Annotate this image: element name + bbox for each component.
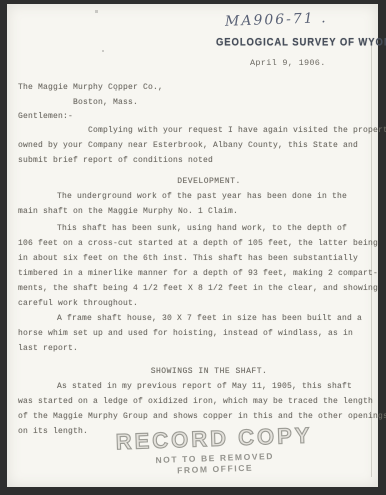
record-copy-subline-2: FROM OFFICE xyxy=(98,460,333,478)
agency-stamp: GEOLOGICAL SURVEY OF WYOMING xyxy=(216,36,386,48)
typed-line: A frame shaft house, 30 X 7 feet in size… xyxy=(18,311,372,326)
scan-frame: MA906-71 . GEOLOGICAL SURVEY OF WYOMING … xyxy=(0,0,386,495)
recipient-line-2: Boston, Mass. xyxy=(18,95,372,110)
section-heading-showings: SHOWINGS IN THE SHAFT. xyxy=(18,364,372,379)
typed-line: ments, the shaft being 4 1/2 feet X 8 1/… xyxy=(18,281,372,296)
typed-line: in about six feet on the 6th inst. This … xyxy=(18,251,372,266)
date-line: April 9, 1906. xyxy=(250,58,326,68)
typed-line: As stated in my previous report of May 1… xyxy=(18,379,372,394)
typed-line: last report. xyxy=(18,341,372,356)
record-copy-subline-1: NOT TO BE REMOVED xyxy=(97,449,332,467)
typed-line: horse whim set up and used for hoisting,… xyxy=(18,326,372,341)
typed-line: of the Maggie Murphy Group and shows cop… xyxy=(18,409,372,424)
typed-line: Complying with your request I have again… xyxy=(18,123,372,138)
letter-body: The Maggie Murphy Copper Co., Boston, Ma… xyxy=(18,80,372,439)
typed-line: timbered in a minerlike manner for a dep… xyxy=(18,266,372,281)
typed-line: owned by your Company near Esterbrook, A… xyxy=(18,138,372,153)
typed-line: was started on a ledge of oxidized iron,… xyxy=(18,394,372,409)
recipient-line-1: The Maggie Murphy Copper Co., xyxy=(18,80,372,95)
document-page: MA906-71 . GEOLOGICAL SURVEY OF WYOMING … xyxy=(7,4,378,487)
scan-speck xyxy=(102,50,104,52)
salutation: Gentlemen:- xyxy=(18,110,372,123)
typed-line: on its length. xyxy=(18,424,372,439)
typed-line: 106 feet on a cross-cut started at a dep… xyxy=(18,236,372,251)
typed-line: submit brief report of conditions noted xyxy=(18,153,372,168)
scan-speck xyxy=(95,10,98,13)
typed-line: This shaft has been sunk, using hand wor… xyxy=(18,221,372,236)
typed-line: The underground work of the past year ha… xyxy=(18,189,372,204)
typed-line: careful work throughout. xyxy=(18,296,372,311)
typed-line: main shaft on the Maggie Murphy No. 1 Cl… xyxy=(18,204,372,219)
handwritten-file-number: MA906-71 . xyxy=(225,10,328,30)
section-heading-development: DEVELOPMENT. xyxy=(18,174,372,189)
